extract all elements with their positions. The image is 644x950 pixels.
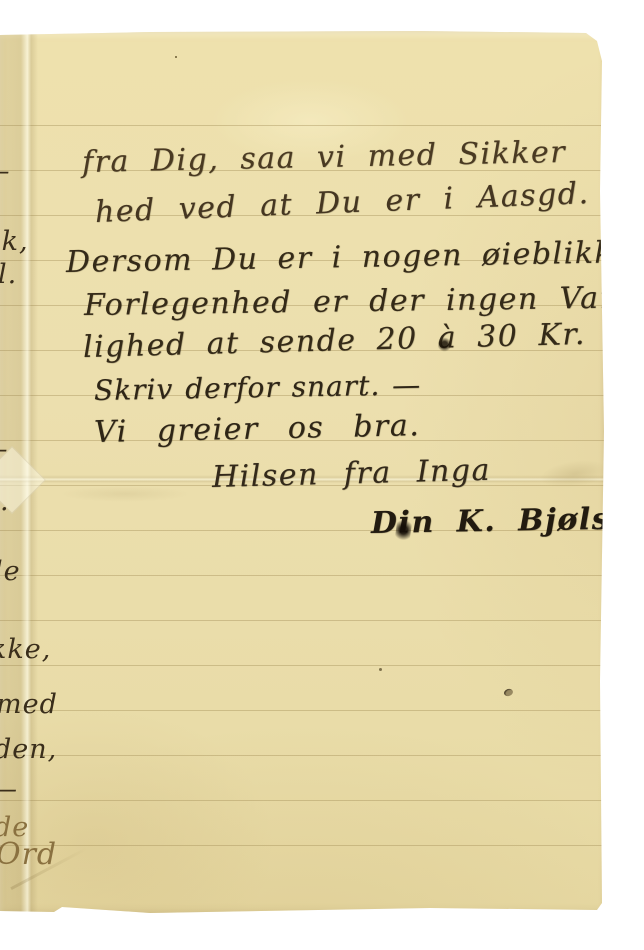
- ink-blot: [438, 337, 451, 352]
- facing-page-fragment: —: [0, 773, 18, 806]
- handwriting-line-6: Skriv derfor snart. —: [94, 367, 422, 409]
- handwriting-line-5: lighed at sende 20 à 30 Kr. —: [83, 315, 638, 366]
- facing-page-fragment: –: [0, 155, 11, 188]
- facing-page-fragment: Ord: [0, 838, 57, 871]
- paper-wrinkle: [539, 456, 612, 491]
- ink-smudge: [503, 688, 514, 698]
- facing-page-fragment: –: [0, 433, 9, 466]
- ink-speck: [175, 56, 177, 58]
- handwriting-line-7: Vi greier os bra.: [94, 408, 421, 451]
- handwriting-greeting-line: Hilsen fra Inga: [212, 453, 492, 496]
- facing-page-fragment: l.: [0, 258, 17, 291]
- dog-ear-corner: [576, 16, 606, 41]
- facing-page-fragment: kke,: [0, 633, 51, 666]
- scanned-letter-image: fra Dig, saa vi med Sikker hed ved at Du…: [0, 0, 644, 950]
- facing-page-fragment: den,: [0, 733, 57, 766]
- paper-wrinkle: [60, 486, 190, 502]
- facing-page-fragment: med: [0, 688, 58, 721]
- handwriting-line-1: fra Dig, saa vi med Sikker: [82, 135, 567, 181]
- facing-page-fragment: ik,: [0, 225, 29, 258]
- facing-page-fragment: le: [0, 555, 21, 588]
- letter-paper-sheet: fra Dig, saa vi med Sikker hed ved at Du…: [0, 31, 608, 915]
- facing-page-fragment: .: [0, 485, 10, 518]
- handwriting-line-3: Dersom Du er i nogen øieblikkelig: [66, 234, 644, 281]
- ink-speck: [379, 668, 382, 671]
- handwriting-line-2: hed ved at Du er i Aasgd.: [94, 176, 590, 231]
